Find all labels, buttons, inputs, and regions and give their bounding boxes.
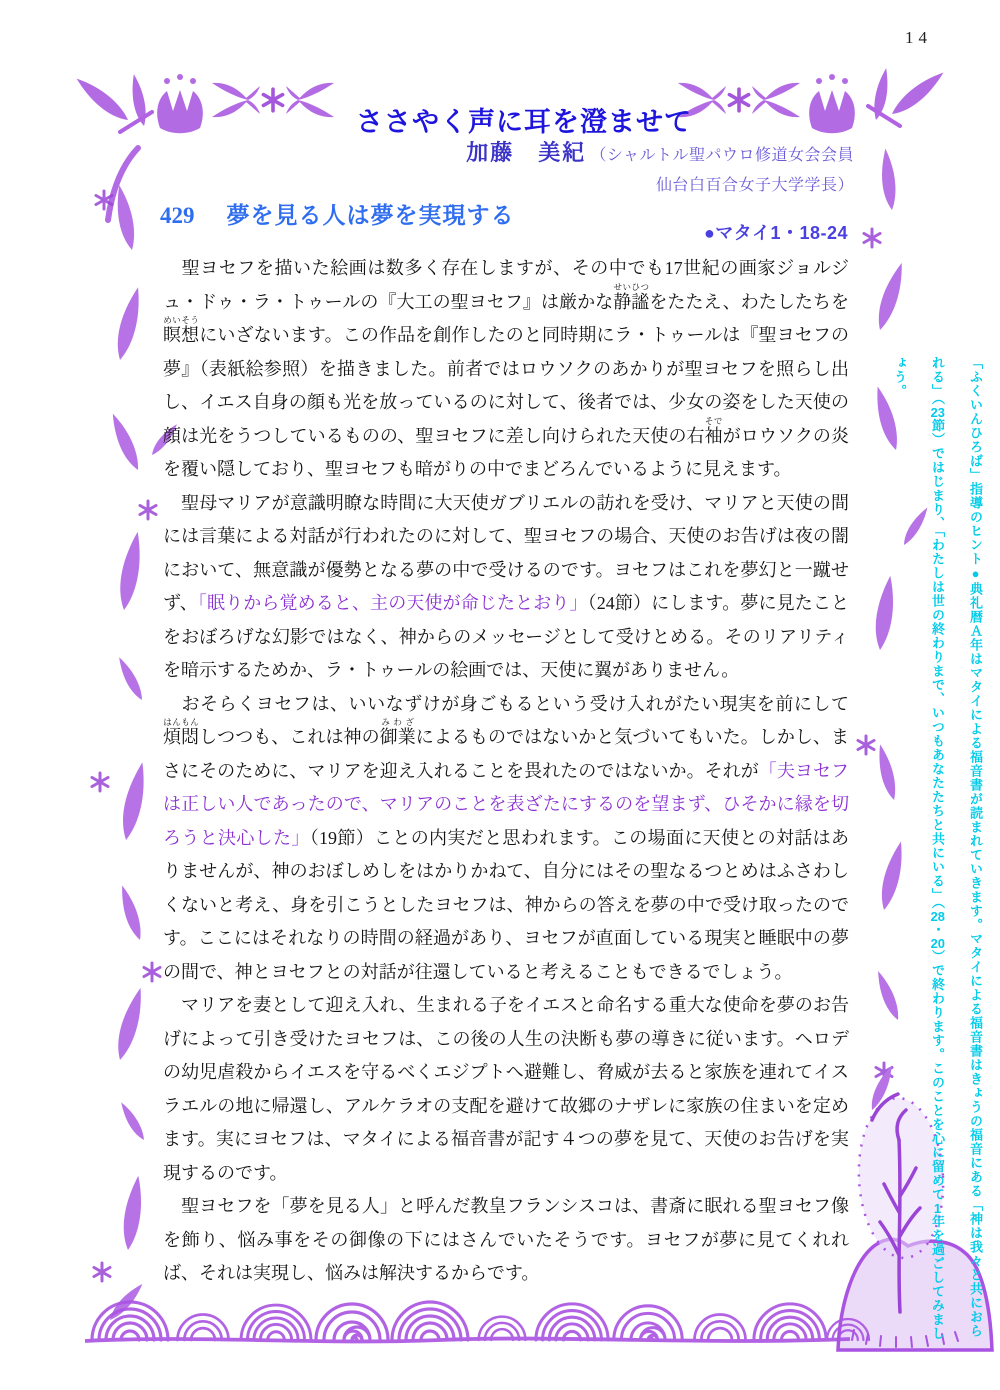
magazine-page: 14 ささやく声に耳を澄ませて 加藤 美紀 （シャルトル聖パウロ修道女会会員 仙…	[0, 0, 1000, 1390]
page-number: 14	[905, 28, 932, 48]
author-block: 加藤 美紀 （シャルトル聖パウロ修道女会会員 仙台白百合女子大学学長）	[466, 136, 854, 195]
body-paragraph: マリアを妻として迎え入れ、生まれる子をイエスと命名する重大な使命を夢のお告げによ…	[163, 989, 849, 1190]
author-affiliation: （シャルトル聖パウロ修道女会会員	[590, 142, 854, 165]
section-number: 429	[160, 203, 195, 229]
section-heading: 429 夢を見る人は夢を実現する	[160, 197, 515, 230]
body-paragraph: 聖ヨセフを描いた絵画は数多く存在しますが、その中でも17世紀の画家ジョルジュ・ド…	[163, 252, 849, 487]
page-title: ささやく声に耳を澄ませて	[356, 100, 692, 139]
body-text: 聖ヨセフを描いた絵画は数多く存在しますが、その中でも17世紀の画家ジョルジュ・ド…	[163, 252, 849, 1291]
scripture-reference: ●マタイ1・18-24	[704, 219, 848, 245]
body-paragraph: おそらくヨセフは、いいなずけが身ごもるという受け入れがたい現実を前にして煩悶はん…	[163, 688, 849, 990]
top-right-ornament	[678, 67, 949, 133]
section-title: 夢を見る人は夢を実現する	[227, 197, 515, 230]
body-paragraph: 聖ヨセフを「夢を見る人」と呼んだ教皇フランシスコは、書斎に眠れる聖ヨセフ像を飾り…	[163, 1190, 849, 1291]
wave-border	[85, 1302, 869, 1341]
author-name: 加藤 美紀	[466, 136, 586, 167]
liturgical-note: 「ふくいんひろば」指導のヒント●典礼暦Ａ年はマタイによる福音書が読まれていきます…	[916, 356, 994, 1348]
body-paragraph: 聖母マリアが意識明瞭な時間に大天使ガブリエルの訪れを受け、マリアと天使の間には言…	[163, 487, 849, 688]
author-affiliation-2: 仙台白百合女子大学学長）	[466, 172, 854, 195]
